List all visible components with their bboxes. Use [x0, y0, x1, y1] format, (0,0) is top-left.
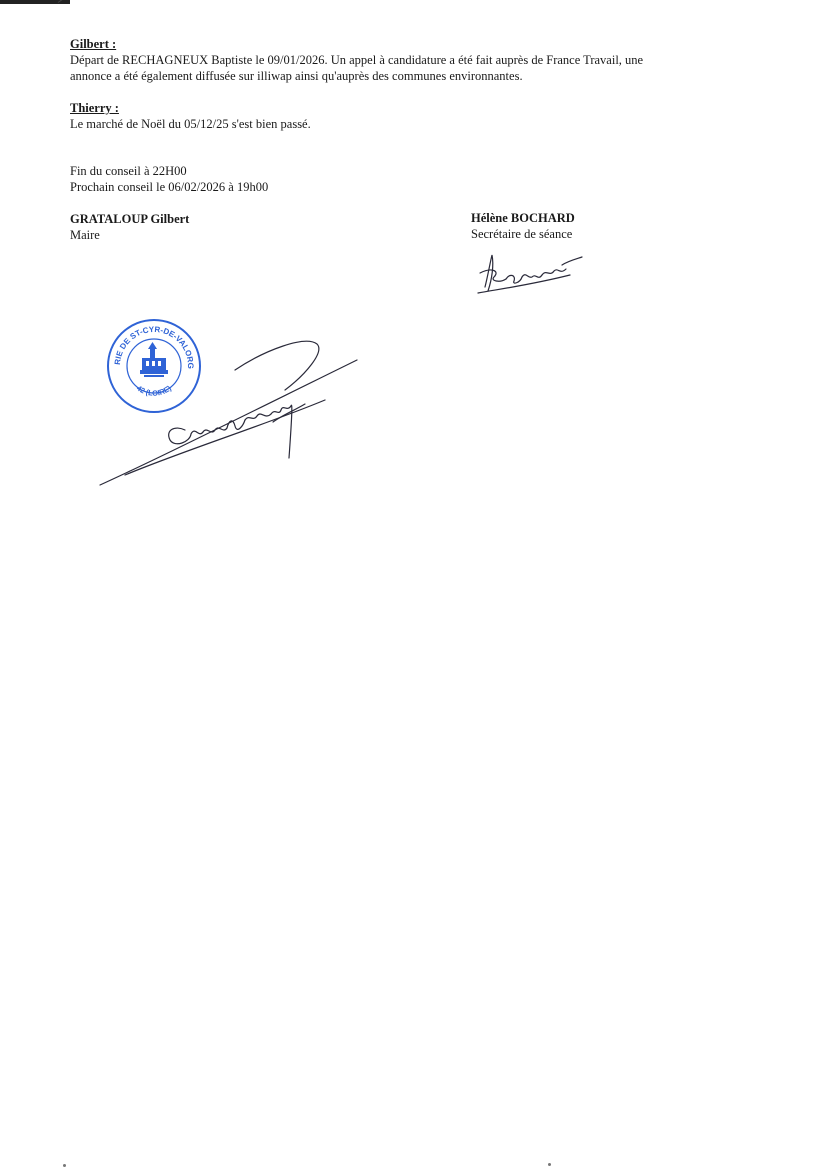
signatory-name: Hélène BOCHARD — [471, 210, 575, 226]
section-thierry: Thierry : Le marché de Noël du 05/12/25 … — [70, 100, 750, 132]
signatory-role: Maire — [70, 227, 189, 243]
section-line: Départ de RECHAGNEUX Baptiste le 09/01/2… — [70, 52, 750, 68]
signatory-left: GRATALOUP Gilbert Maire — [70, 211, 189, 243]
section-gilbert: Gilbert : Départ de RECHAGNEUX Baptiste … — [70, 36, 750, 84]
section-heading: Gilbert : — [70, 36, 750, 52]
section-line: Le marché de Noël du 05/12/25 s'est bien… — [70, 116, 750, 132]
signature-grataloup-icon — [95, 330, 365, 490]
end-of-council: Fin du conseil à 22H00 — [70, 163, 750, 179]
scan-corner-mark — [0, 0, 80, 10]
section-heading: Thierry : — [70, 100, 750, 116]
section-line: annonce a été également diffusée sur ill… — [70, 68, 750, 84]
next-council: Prochain conseil le 06/02/2026 à 19h00 — [70, 179, 750, 195]
scan-artifact — [548, 1163, 551, 1166]
signatory-role: Secrétaire de séance — [471, 226, 575, 242]
signatory-name: GRATALOUP Gilbert — [70, 211, 189, 227]
signature-bochard-icon — [470, 245, 590, 300]
scan-artifact — [63, 1164, 66, 1167]
closing-block: Fin du conseil à 22H00 Prochain conseil … — [70, 163, 750, 195]
signatory-right: Hélène BOCHARD Secrétaire de séance — [471, 210, 575, 242]
